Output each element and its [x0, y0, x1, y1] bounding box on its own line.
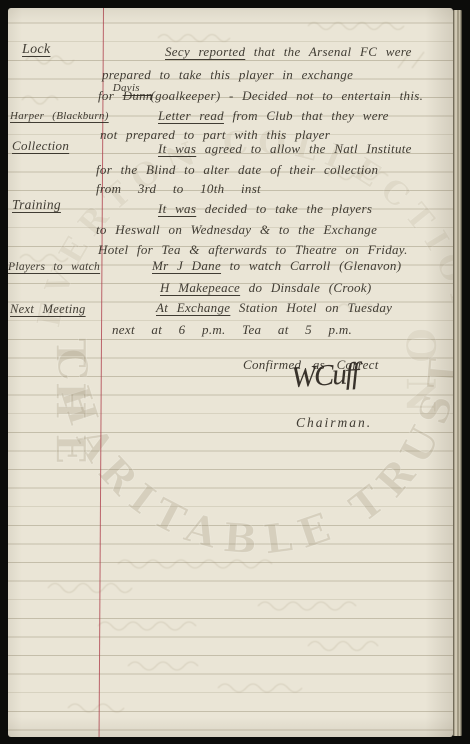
- chairman-signature: WCuff: [291, 366, 359, 387]
- underlined-lead: It was: [158, 201, 196, 216]
- line-text: from Club that they were: [224, 108, 389, 123]
- line-text: decided to take the players: [196, 201, 372, 216]
- line-text: for the Blind to alter date of their col…: [96, 162, 378, 177]
- minute-line: It was agreed to allow the Natl Institut…: [158, 141, 412, 157]
- line-text: next at 6 p.m. Tea at 5 p.m.: [112, 322, 352, 337]
- page-stack-edge: [453, 10, 462, 736]
- line-text: agreed to allow the Natl Institute: [196, 141, 412, 156]
- underlined-lead: It was: [158, 141, 196, 156]
- underlined-lead: Secy reported: [165, 44, 245, 59]
- minute-line: Hotel for Tea & afterwards to Theatre on…: [98, 242, 408, 258]
- minute-line: next at 6 p.m. Tea at 5 p.m.: [112, 322, 352, 338]
- minute-line: for the Blind to alter date of their col…: [96, 162, 378, 178]
- margin-heading-lock: Lock: [22, 42, 50, 58]
- minute-book-scan: EVERTON COLLECTION CHARITABLE TRUST THE …: [0, 0, 470, 744]
- line-text: from 3rd to 10th inst: [96, 181, 261, 196]
- line-text: Station Hotel on Tuesday: [230, 300, 392, 315]
- minute-line: for DunnDavis (goalkeeper) - Decided not…: [98, 88, 423, 105]
- underlined-lead: Letter read: [158, 108, 224, 123]
- chairman-title: Chairman.: [296, 415, 372, 431]
- margin-heading-players-to-watch: Players to watch: [8, 259, 100, 275]
- minute-line: It was decided to take the players: [158, 201, 372, 217]
- minute-line: Letter read from Club that they were: [158, 108, 389, 124]
- underlined-lead: Mr J Dane: [152, 258, 221, 273]
- margin-heading-next-meeting: Next Meeting: [10, 301, 86, 317]
- margin-heading-harper: Harper (Blackburn): [10, 108, 109, 124]
- minute-line: to Heswall on Wednesday & to the Exchang…: [96, 222, 377, 238]
- notebook-page: EVERTON COLLECTION CHARITABLE TRUST THE …: [8, 8, 453, 737]
- line-text: do Dinsdale (Crook): [240, 280, 371, 295]
- underlined-lead: At Exchange: [156, 300, 230, 315]
- minute-line: Mr J Dane to watch Carroll (Glenavon): [152, 258, 401, 274]
- line-text: (goalkeeper) - Decided not to entertain …: [142, 88, 423, 103]
- margin-heading-collection: Collection: [12, 138, 69, 154]
- minute-line: Secy reported that the Arsenal FC were: [165, 44, 412, 60]
- line-text: to watch Carroll (Glenavon): [221, 258, 401, 273]
- minute-line: At Exchange Station Hotel on Tuesday: [156, 300, 392, 316]
- margin-heading-training: Training: [12, 197, 61, 213]
- underlined-lead: H Makepeace: [160, 280, 240, 295]
- line-text: that the Arsenal FC were: [245, 44, 411, 59]
- line-text: to Heswall on Wednesday & to the Exchang…: [96, 222, 377, 237]
- minute-line: from 3rd to 10th inst: [96, 181, 261, 197]
- minute-line: H Makepeace do Dinsdale (Crook): [160, 280, 372, 296]
- inserted-word: Davis: [113, 80, 140, 96]
- line-text: not prepared to part with this player: [100, 127, 330, 142]
- line-text: Hotel for Tea & afterwards to Theatre on…: [98, 242, 408, 257]
